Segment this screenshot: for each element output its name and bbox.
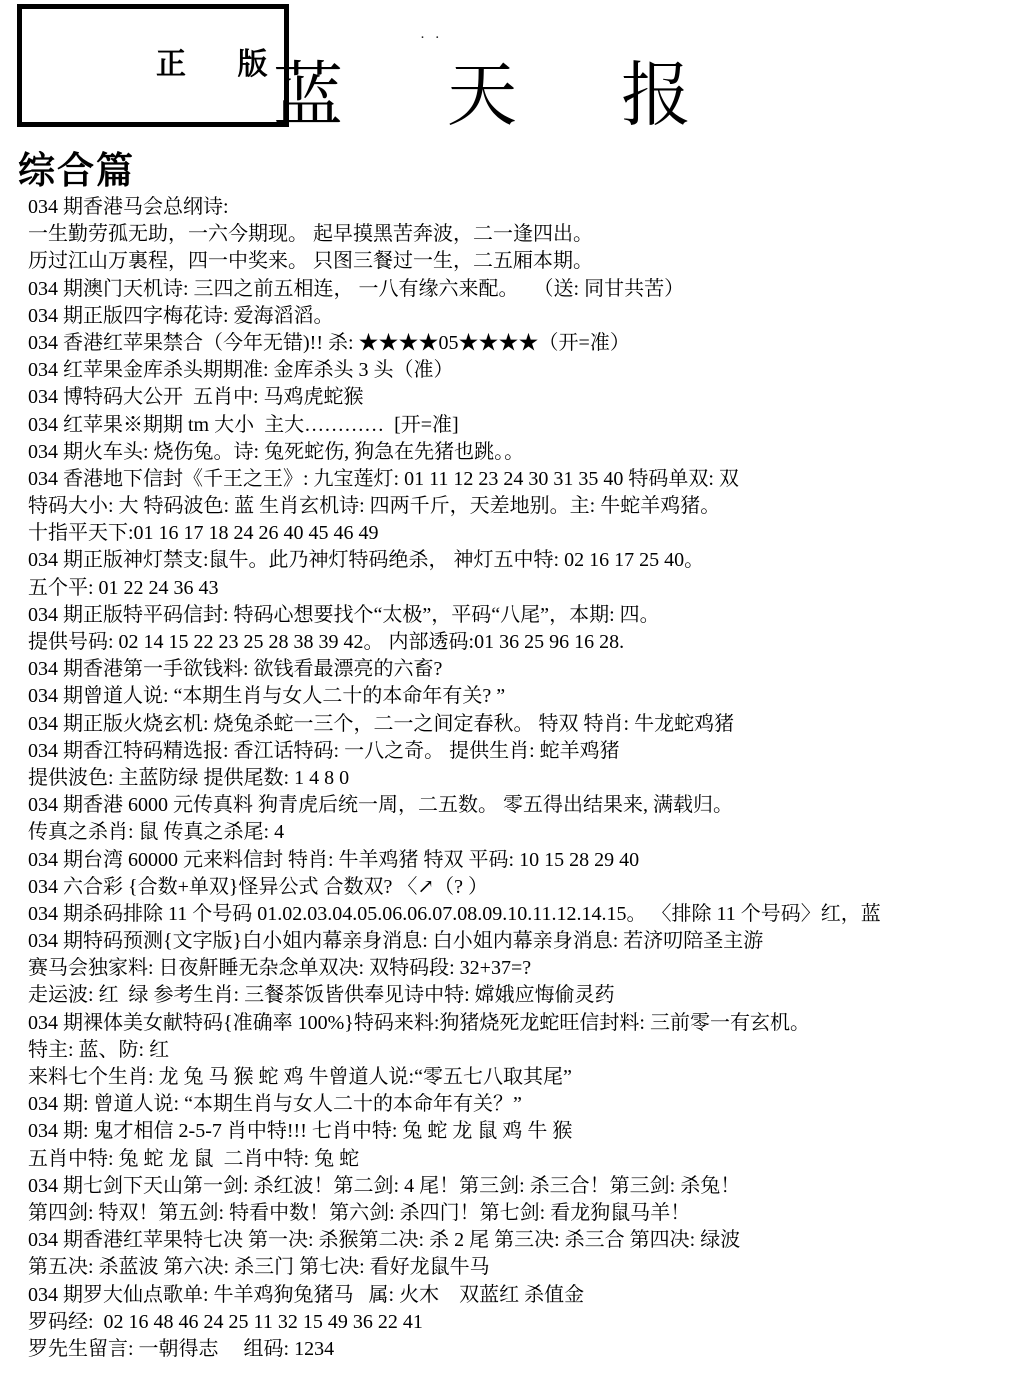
text-line: 034 期台湾 60000 元来料信封 特肖: 牛羊鸡猪 特双 平码: 10 1… [28, 847, 1020, 874]
text-line: 034 期正版火烧玄机: 烧兔杀蛇一三个，二一之间定春秋。 特双 特肖: 牛龙蛇… [28, 711, 1020, 738]
text-line: 034 期: 曾道人说: “本期生肖与女人二十的本命年有关？” [28, 1091, 1020, 1118]
text-line: 034 博特码大公开 五肖中: 马鸡虎蛇猴 [28, 384, 1020, 411]
text-line: 特主: 蓝、防: 红 [28, 1037, 1020, 1064]
text-line: 五肖中特: 兔 蛇 龙 鼠 二肖中特: 兔 蛇 [28, 1146, 1020, 1173]
text-line: 034 期香江特码精选报: 香江话特码: 一八之奇。 提供生肖: 蛇羊鸡猪 [28, 738, 1020, 765]
text-line: 赛马会独家料: 日夜鼾睡无杂念单双决: 双特码段: 32+37=? [28, 955, 1020, 982]
text-line: 034 期正版神灯禁支:鼠牛。此乃神灯特码绝杀， 神灯五中特: 02 16 17… [28, 547, 1020, 574]
text-line: 走运波: 红 绿 参考生肖: 三餐茶饭皆供奉见诗中特: 嫦娥应悔偷灵药 [28, 982, 1020, 1009]
stray-dots-mark: · · [420, 30, 443, 47]
text-line: 034 期曾道人说: “本期生肖与女人二十的本命年有关? ” [28, 683, 1020, 710]
page-title-char-3: 报 [621, 58, 691, 135]
text-line: 034 期裸体美女献特码{准确率 100%}特码来料:狗猪烧死龙蛇旺信封料: 三… [28, 1010, 1020, 1037]
text-line: 034 期香港红苹果特七决 第一决: 杀猴第二决: 杀 2 尾 第三决: 杀三合… [28, 1227, 1020, 1254]
text-line: 034 期香港 6000 元传真料 狗青虎后统一周，二五数。 零五得出结果来, … [28, 792, 1020, 819]
newspaper-page: 正 版 · · 蓝 天 报 综合篇 034 期香港马会总纲诗:一生勤劳孤无助，一… [0, 0, 1020, 1388]
text-line: 十指平天下:01 16 17 18 24 26 40 45 46 49 [28, 520, 1020, 547]
text-line: 一生勤劳孤无助，一六今期现。 起早摸黑苦奔波，二一逢四出。 [28, 221, 1020, 248]
text-line: 第四剑: 特双！第五剑: 特看中数！第六剑: 杀四门！第七剑: 看龙狗鼠马羊！ [28, 1200, 1020, 1227]
text-line: 034 期罗大仙点歌单: 牛羊鸡狗兔猪马 属: 火木 双蓝红 杀值金 [28, 1282, 1020, 1309]
text-line: 提供号码: 02 14 15 22 23 25 28 38 39 42。 内部透… [28, 629, 1020, 656]
page-title-char-2: 天 [447, 58, 517, 135]
text-line: 034 期火车头: 烧伤兔。诗: 兔死蛇伤, 狗急在先猪也跳。。 [28, 439, 1020, 466]
text-line: 034 期七剑下天山第一剑: 杀红波！第二剑: 4 尾！第三剑: 杀三合！第三剑… [28, 1173, 1020, 1200]
text-line: 传真之杀肖: 鼠 传真之杀尾: 4 [28, 819, 1020, 846]
text-line: 034 红苹果金库杀头期期准: 金库杀头 3 头（准） [28, 357, 1020, 384]
text-line: 提供波色: 主蓝防绿 提供尾数: 1 4 8 0 [28, 765, 1020, 792]
text-line: 罗先生留言: 一朝得志 组码: 1234 [28, 1336, 1020, 1363]
page-title-char-1: 蓝 [273, 58, 343, 135]
text-line: 特码大小: 大 特码波色: 蓝 生肖玄机诗: 四两千斤，天差地别。主: 牛蛇羊鸡… [28, 493, 1020, 520]
text-line: 034 香港地下信封《千王之王》: 九宝莲灯: 01 11 12 23 24 3… [28, 466, 1020, 493]
section-heading: 综合篇 [18, 140, 135, 194]
text-line: 034 六合彩 {合数+单双}怪异公式 合数双? 〈↗（? ） [28, 874, 1020, 901]
text-line: 罗码经: 02 16 48 46 24 25 11 32 15 49 36 22… [28, 1309, 1020, 1336]
text-line: 第五决: 杀蓝波 第六决: 杀三门 第七决: 看好龙鼠牛马 [28, 1254, 1020, 1281]
text-line: 034 期香港马会总纲诗: [28, 194, 1020, 221]
text-line: 034 香港红苹果禁合（今年无错)!! 杀: ★★★★05★★★★（开=准） [28, 330, 1020, 357]
text-line: 034 期特码预测{文字版}白小姐内幕亲身消息: 白小姐内幕亲身消息: 若济叨陪… [28, 928, 1020, 955]
body-lines: 034 期香港马会总纲诗:一生勤劳孤无助，一六今期现。 起早摸黑苦奔波，二一逢四… [28, 194, 1020, 1363]
text-line: 历过江山万裏程，四一中奖来。 只图三餐过一生，二五厢本期。 [28, 248, 1020, 275]
text-line: 034 期杀码排除 11 个号码 01.02.03.04.05.06.06.07… [28, 901, 1020, 928]
text-line: 034 红苹果※期期 tm 大小 主大………… [开=准] [28, 412, 1020, 439]
text-line: 034 期香港第一手欲钱料: 欲钱看最漂亮的六畜? [28, 656, 1020, 683]
text-line: 034 期: 鬼才相信 2-5-7 肖中特!!! 七肖中特: 兔 蛇 龙 鼠 鸡… [28, 1118, 1020, 1145]
text-line: 来料七个生肖: 龙 兔 马 猴 蛇 鸡 牛曾道人说:“零五七八取其尾” [28, 1064, 1020, 1091]
page-title: 蓝 天 报 [0, 58, 964, 135]
text-line: 五个平: 01 22 24 36 43 [28, 575, 1020, 602]
text-line: 034 期澳门天机诗: 三四之前五相连， 一八有缘六来配。 （送: 同甘共苦） [28, 276, 1020, 303]
text-line: 034 期正版特平码信封: 特码心想要找个“太极”，平码“八尾”，本期: 四。 [28, 602, 1020, 629]
text-line: 034 期正版四字梅花诗: 爱海滔滔。 [28, 303, 1020, 330]
